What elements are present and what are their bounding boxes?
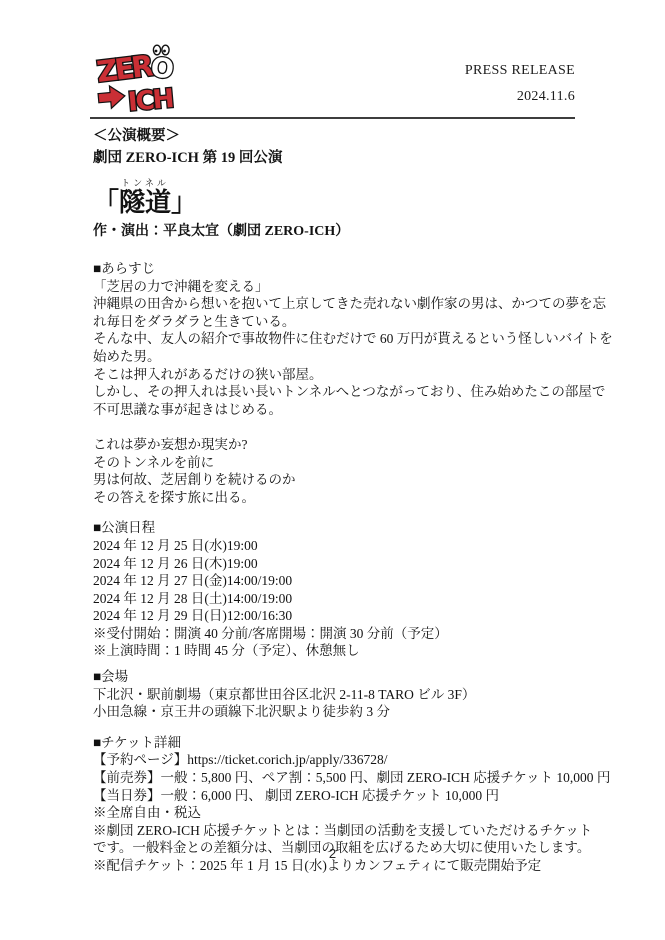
- schedule-lines: 2024 年 12 月 25 日(水)19:002024 年 12 月 26 日…: [93, 537, 613, 660]
- overview-section-label: ＜公演概要＞: [93, 126, 613, 146]
- synopsis-section: ■あらすじ 「芝居の力で沖縄を変える」沖縄県の田舎から想いを抱いて上京してきた売…: [93, 260, 613, 506]
- ticket-line: 【当日券】一般：6,000 円、 劇団 ZERO-ICH 応援チケット 10,0…: [93, 787, 613, 805]
- zero-ich-logo: ZER O ICH: [94, 42, 186, 114]
- schedule-line: 2024 年 12 月 27 日(金)14:00/19:00: [93, 572, 613, 590]
- ticket-line: 【予約ページ】https://ticket.corich.jp/apply/33…: [93, 751, 613, 769]
- credit-line: 作・演出：平良太宜（劇団 ZERO-ICH）: [93, 220, 613, 244]
- schedule-line: 2024 年 12 月 25 日(水)19:00: [93, 537, 613, 555]
- ticket-line: 【前売券】一般：5,800 円、ペア割：5,500 円、劇団 ZERO-ICH …: [93, 769, 613, 787]
- logo-text-zer: ZER: [95, 48, 156, 89]
- synopsis-line: [93, 418, 613, 436]
- logo-text-ich: ICH: [127, 84, 174, 114]
- synopsis-line: そこは押入れがあるだけの狭い部屋。: [93, 366, 613, 384]
- venue-heading: ■会場: [93, 668, 613, 686]
- synopsis-heading: ■あらすじ: [93, 260, 613, 278]
- synopsis-line: 沖縄県の田舎から想いを抱いて上京してきた売れない劇作家の男は、かつての夢を忘れ毎…: [93, 295, 613, 330]
- logo-letter-o: O: [149, 52, 175, 85]
- release-date: 2024.11.6: [465, 84, 575, 110]
- schedule-section: ■公演日程 2024 年 12 月 25 日(水)19:002024 年 12 …: [93, 519, 613, 660]
- page-number: 2: [0, 846, 665, 861]
- press-release-label: PRESS RELEASE: [465, 58, 575, 84]
- performance-title: 「隧道トンネル」: [93, 178, 613, 218]
- synopsis-line: その答えを探す旅に出る。: [93, 489, 613, 507]
- title-open-bracket: 「: [93, 188, 119, 217]
- synopsis-line: 男は何故、芝居創りを続けるのか: [93, 471, 613, 489]
- schedule-line: 2024 年 12 月 26 日(木)19:00: [93, 555, 613, 573]
- zero-ich-logo-graphic: ZER O ICH: [94, 42, 186, 114]
- schedule-line: ※上演時間：1 時間 45 分（予定）、休憩無し: [93, 642, 613, 660]
- synopsis-line: しかし、その押入れは長い長いトンネルへとつながっており、住み始めたこの部屋で不可…: [93, 383, 613, 418]
- synopsis-lines: 「芝居の力で沖縄を変える」沖縄県の田舎から想いを抱いて上京してきた売れない劇作家…: [93, 278, 613, 507]
- title-furigana: トンネル: [119, 178, 171, 188]
- schedule-heading: ■公演日程: [93, 519, 613, 537]
- venue-lines: 下北沢・駅前劇場（東京都世田谷区北沢 2-11-8 TARO ビル 3F）小田急…: [93, 686, 613, 721]
- synopsis-line: これは夢か妄想か現実か?: [93, 436, 613, 454]
- schedule-line: 2024 年 12 月 28 日(土)14:00/19:00: [93, 590, 613, 608]
- venue-line: 下北沢・駅前劇場（東京都世田谷区北沢 2-11-8 TARO ビル 3F）: [93, 686, 613, 704]
- synopsis-line: そんな中、友人の紹介で事故物件に住むだけで 60 万円が貰えるという怪しいバイト…: [93, 330, 613, 365]
- schedule-line: ※受付開始：開演 40 分前/客席開場：開演 30 分前（予定）: [93, 625, 613, 643]
- ticket-line: ※全席自由・税込: [93, 804, 613, 822]
- tickets-heading: ■チケット詳細: [93, 734, 613, 752]
- header-divider: [90, 117, 575, 119]
- schedule-line: 2024 年 12 月 29 日(日)12:00/16:30: [93, 607, 613, 625]
- title-kanji: 隧道: [119, 188, 171, 217]
- synopsis-line: 「芝居の力で沖縄を変える」: [93, 278, 613, 296]
- company-performance-line: 劇団 ZERO-ICH 第 19 回公演: [93, 146, 613, 170]
- venue-section: ■会場 下北沢・駅前劇場（東京都世田谷区北沢 2-11-8 TARO ビル 3F…: [93, 668, 613, 721]
- venue-line: 小田急線・京王井の頭線下北沢駅より徒歩約 3 分: [93, 703, 613, 721]
- header-meta: PRESS RELEASE 2024.11.6: [465, 58, 575, 110]
- synopsis-line: そのトンネルを前に: [93, 454, 613, 472]
- press-release-page: ZER O ICH PRESS RELEASE 2024.11.6 ＜公演概要＞…: [0, 0, 665, 940]
- title-close-bracket: 」: [171, 188, 197, 217]
- document-body: ＜公演概要＞ 劇団 ZERO-ICH 第 19 回公演 「隧道トンネル」 作・演…: [93, 126, 613, 875]
- arrow-right-icon: [98, 86, 125, 108]
